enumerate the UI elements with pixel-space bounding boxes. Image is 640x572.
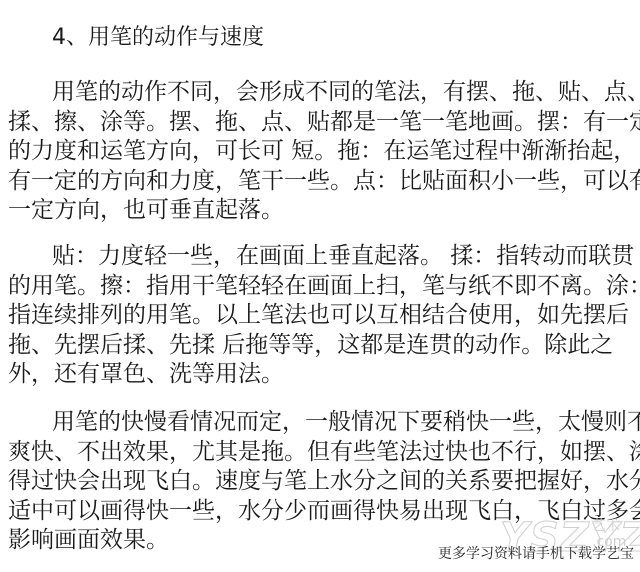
text-line: 有一定的方向和力度，笔干一些。点：比贴面积小一些，可以有 [8,167,638,197]
text-line: 外，还有罩色、洗等用法。 [8,360,638,390]
paragraph-brush-techniques: 贴：力度轻一些，在画面上垂直起落。 揉：指转动而联贯 的用笔。擦：指用干笔轻轻在… [8,242,638,390]
text-line: 得过快会出现飞白。速度与笔上水分之间的关系要把握好，水分 [8,467,638,497]
paragraph-brush-actions: 用笔的动作不同，会形成不同的笔法，有摆、拖、贴、点、 揉、擦、涂等。摆、拖、点、… [8,78,638,226]
text-line: 拖、先摆后揉、先揉 后拖等等，这都是连贯的动作。除此之 [8,331,638,361]
text-line: 的力度和运笔方向，可长可 短。拖：在运笔过程中渐渐抬起， [8,137,638,167]
text-line: 爽快、不出效果，尤其是拖。但有些笔法过快也不行，如摆、涂 [8,438,638,468]
section-title: 4、用笔的动作与速度 [52,24,264,52]
text-line: 一定方向，也可垂直起落。 [8,196,638,226]
text-line: 的用笔。擦：指用干笔轻轻在画面上扫，笔与纸不即不离。涂： [8,272,638,302]
watermark-sub-top: 艺术 [592,518,626,534]
footer-promo-text: 更多学习资料请手机下载学艺宝 [438,543,634,563]
text-line: 指连续排列的用笔。以上笔法也可以互相结合使用，如先摆后 [8,301,638,331]
text-line: 用笔的动作不同，会形成不同的笔法，有摆、拖、贴、点、 [8,78,638,108]
text-line: 贴：力度轻一些，在画面上垂直起落。 揉：指转动而联贯 [8,242,638,272]
text-line: 揉、擦、涂等。摆、拖、点、贴都是一笔一笔地画。摆：有一定 [8,108,638,138]
text-line: 用笔的快慢看情况而定，一般情况下要稍快一些，太慢则不 [8,408,638,438]
